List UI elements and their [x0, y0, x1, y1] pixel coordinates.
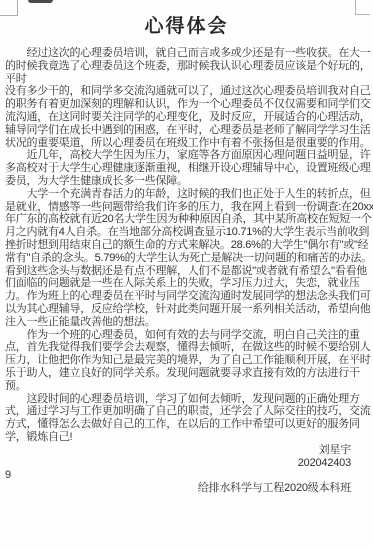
body-text: 经过这次的心理委员培训，就自己而言或多或少还是有一些收获。在大一的时候我竟选了心…: [0, 47, 373, 444]
scan-corner-bracket-right-icon: [355, 0, 370, 15]
body-line: 式，通过学习与工作更加明确了自己的职责，还学会了人际交往的技巧，交流: [5, 405, 369, 418]
body-line: 常有"自杀的念头。5.79%的大学生认为死亡是解决一切问题的和痛苦的办法。: [5, 252, 369, 265]
scan-edge-artifact: [28, 0, 53, 3]
body-line: 年广东的高校就有近20名大学生因为种种原因自杀，其中某所高校在短短一个: [5, 213, 369, 226]
body-line: 学，锻炼自己!: [5, 431, 369, 444]
body-line: 压力，让他把你作为知己是最完美的境界，为了自己工作能顺利开展，在平时: [5, 354, 369, 367]
body-line: 月之内就有4人自杀。在当地部分高校调查显示10.71%的大学生表示当前收到: [5, 226, 369, 239]
body-line: 的职务有着更加深刻的理解和认识，作为一个心理委员不仅仅需要和同学们交: [5, 98, 369, 111]
signature-student-id-wrap: 9: [0, 469, 373, 482]
body-line: 近几年，高校大学生因为压力，家庭等各方面原因心理问题日益明显，许: [5, 149, 369, 162]
body-line: 多高校对于大学生心理健康逐渐重视，相继开设心理辅导中心，设置班级心理: [5, 162, 369, 175]
body-line: 以为其心理辅导，反应给学校，针对此类问题开展一系列相关活动，希望向他: [5, 303, 369, 316]
body-line: 经过这次的心理委员培训，就自己而言或多或少还是有一些收获。在大一: [5, 47, 369, 60]
body-line: 没有多少干的，和同学多交流沟通就可以了，通过这次心理委员培训我对自己: [5, 85, 369, 98]
body-line: 注入一些正能量改善他的想法。: [5, 316, 369, 329]
body-line: 方式，懂得怎么去做好自己的工作，在以后的工作中希望可以更好的服务同: [5, 418, 369, 431]
body-line: 点，首先我觉得我们要学会去观察，懂得去倾听，在做这些的时候不要给别人: [5, 341, 369, 354]
body-line: 乐于助人，建立良好的同学关系。发现问题就要寻求直接有效的方法进行干: [5, 367, 369, 380]
body-line: 平时: [5, 73, 369, 86]
signature-block: 刘星宇 202042403 9 给排水科学与工程2020级本科班: [0, 444, 373, 495]
body-line: 力。作为班上的心理委员在平时与同学交流沟通时发展同学的想法念头我们可: [5, 290, 369, 303]
body-line: 作为一个班的心理委员，如何有效的去与同学交流，明白自己关注的重: [5, 329, 369, 342]
document-page: 心得体会 经过这次的心理委员培训，就自己而言或多或少还是有一些收获。在大一的时候…: [0, 0, 373, 549]
body-line: 状况的重要渠道，所以心理委员在班级工作中有着不张扬但是很重要的作用。: [5, 137, 369, 150]
body-line: 这段时间的心理委员培训，学习了如何去倾听，发现问题的正确处理方: [5, 393, 369, 406]
body-line: 们面临的问题就是一些在人际关系上的失败，学习压力过大，失恋，就业压: [5, 277, 369, 290]
signature-class-name: 给排水科学与工程2020级本科班: [0, 482, 373, 495]
scan-corner-bracket-left-icon: [0, 0, 18, 16]
body-line: 看到这些念头与数据还是有点不理解，人们不是都说"或者就有希望么"看看他: [5, 265, 369, 278]
signature-name: 刘星宇: [0, 444, 373, 457]
body-line: 辅导同学们在成长中遇到的困惑，在平时，心理委员是老师了解同学学习生活: [5, 124, 369, 137]
body-line: 预。: [5, 380, 369, 393]
page-title: 心得体会: [0, 0, 373, 47]
signature-student-id: 202042403: [0, 457, 373, 470]
body-line: 流沟通，在这同时要关注同学的心理变化，及时反应，开展适合的心理活动，: [5, 111, 369, 124]
body-line: 委员，为大学生健康成长多一些保障。: [5, 175, 369, 188]
body-line: 的时候我竟选了心理委员这个班委，那时候我认识心理委员应该是个好玩的，: [5, 60, 369, 73]
body-line: 是就业，情感等一些问题带给我们许多的压力，我在网上看到一份调查:在20xx: [5, 201, 369, 214]
body-line: 挫折时想到用结束自己的额生命的方式来解决。28.6%的大学生"偶尔有"或"经: [5, 239, 369, 252]
body-line: 大学一个充满青春活力的年龄，这时候的我们也正处于人生的转折点，但: [5, 188, 369, 201]
